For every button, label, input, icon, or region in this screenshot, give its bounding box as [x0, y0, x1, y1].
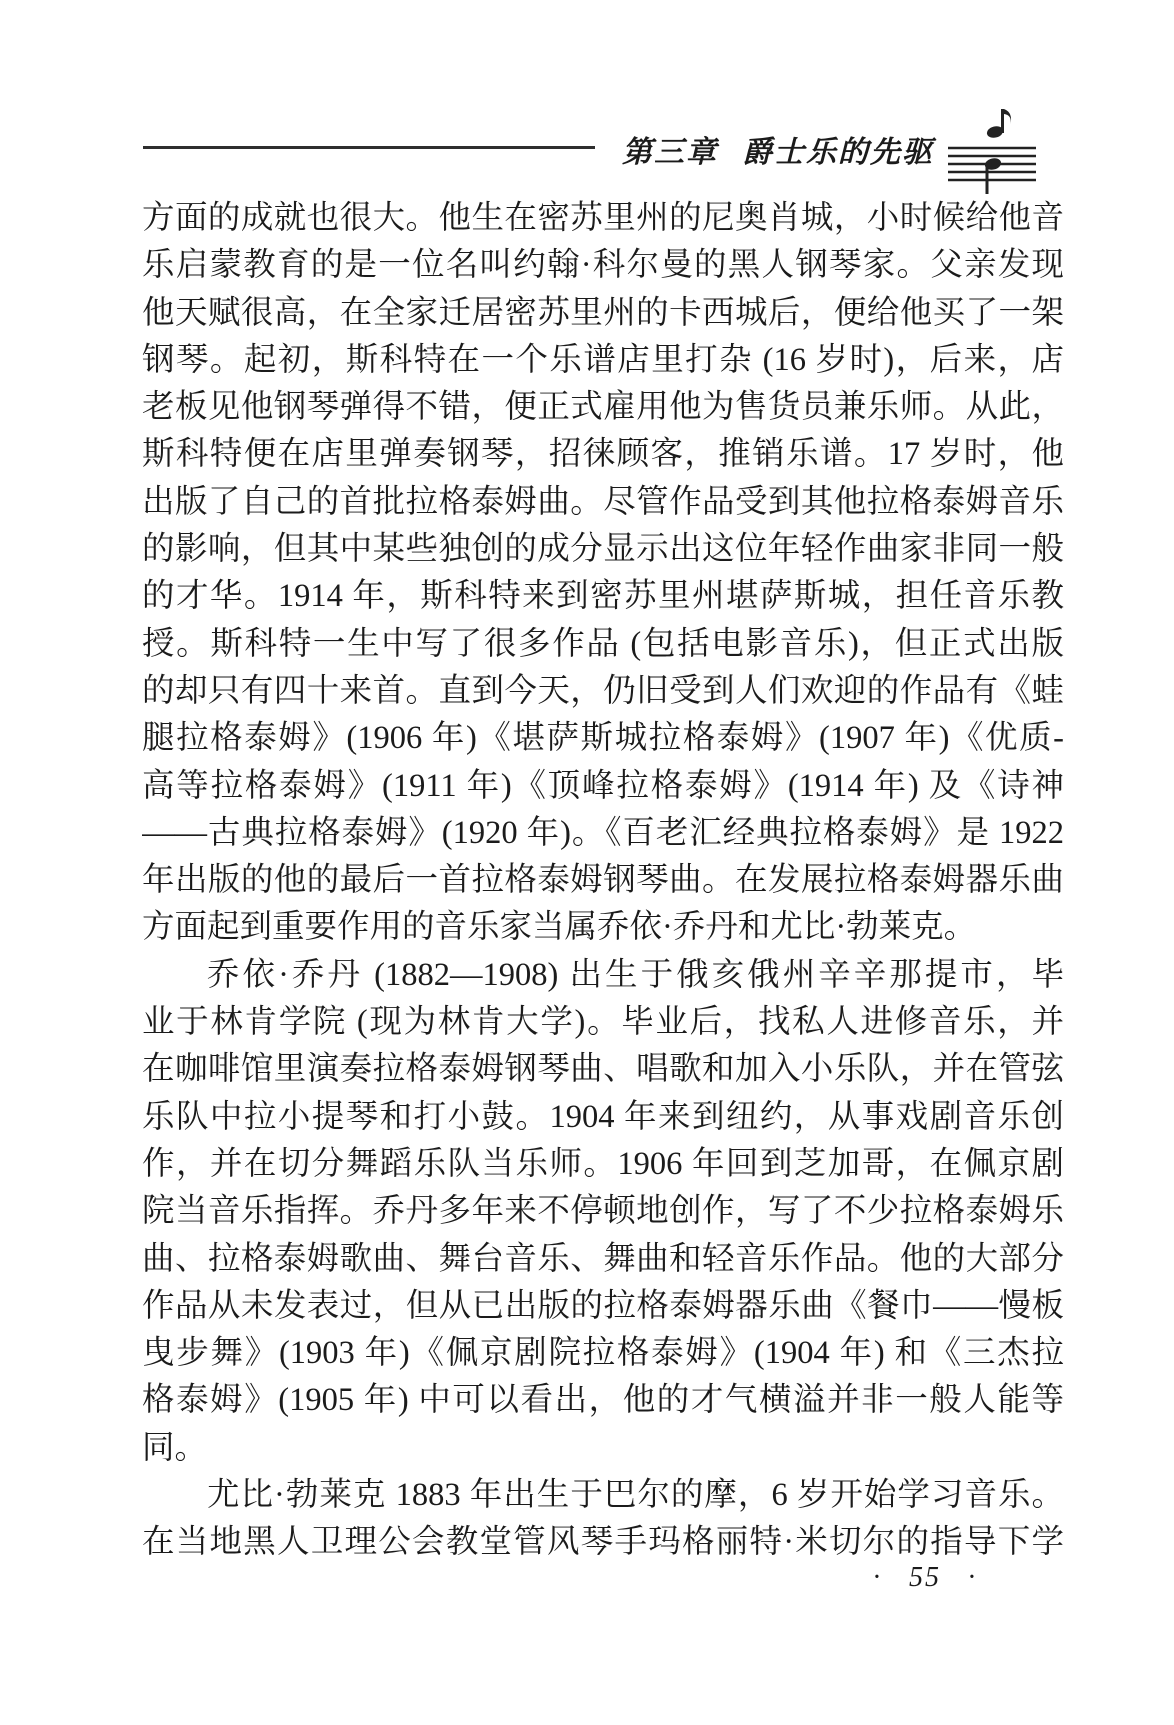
header-rule [143, 146, 595, 149]
text-line: 方面的成就也很大。他生在密苏里州的尼奥肖城，小时候给他音 [142, 195, 1064, 242]
text-line: 在咖啡馆里演奏拉格泰姆钢琴曲、唱歌和加入小乐队，并在管弦 [142, 1046, 1064, 1093]
text-line: 乐启蒙教育的是一位名叫约翰·科尔曼的黑人钢琴家。父亲发现 [142, 242, 1064, 289]
text-line: 钢琴。起初，斯科特在一个乐谱店里打杂 (16 岁时)，后来，店 [142, 337, 1064, 384]
body-text: 方面的成就也很大。他生在密苏里州的尼奥肖城，小时候给他音乐启蒙教育的是一位名叫约… [142, 195, 1064, 1567]
text-line: 作，并在切分舞蹈乐队当乐师。1906 年回到芝加哥，在佩京剧 [142, 1141, 1064, 1188]
chapter-label: 第三章 [622, 136, 718, 169]
text-line: 他天赋很高，在全家迁居密苏里州的卡西城后，便给他买了一架 [142, 290, 1064, 337]
text-line: 院当音乐指挥。乔丹多年来不停顿地创作，写了不少拉格泰姆乐 [142, 1188, 1064, 1235]
text-line: 的才华。1914 年，斯科特来到密苏里州堪萨斯城，担任音乐教 [142, 573, 1064, 620]
text-line: 出版了自己的首批拉格泰姆曲。尽管作品受到其他拉格泰姆音乐 [142, 479, 1064, 526]
music-staff-notes-icon [946, 102, 1038, 198]
text-line: 乔依·乔丹 (1882—1908) 出生于俄亥俄州辛辛那提市，毕 [142, 952, 1064, 999]
book-page: 第三章爵士乐的先驱 方面的成就也很大。他生在密苏里州的尼奥肖城，小时候给他音乐启… [0, 0, 1174, 1725]
text-line: 方面起到重要作用的音乐家当属乔依·乔丹和尤比·勃莱克。 [142, 904, 1064, 951]
text-line: 格泰姆》(1905 年) 中可以看出，他的才气横溢并非一般人能等 [142, 1377, 1064, 1424]
chapter-heading: 第三章爵士乐的先驱 [622, 127, 934, 171]
text-line: 老板见他钢琴弹得不错，便正式雇用他为售货员兼乐师。从此， [142, 384, 1064, 431]
text-line: 业于林肯学院 (现为林肯大学)。毕业后，找私人进修音乐，并 [142, 999, 1064, 1046]
text-line: 的却只有四十来首。直到今天，仍旧受到人们欢迎的作品有《蛙 [142, 668, 1064, 715]
text-line: ——古典拉格泰姆》(1920 年)。《百老汇经典拉格泰姆》是 1922 [142, 810, 1064, 857]
text-line: 高等拉格泰姆》(1911 年)《顶峰拉格泰姆》(1914 年) 及《诗神 [142, 763, 1064, 810]
text-line: 在当地黑人卫理公会教堂管风琴手玛格丽特·米切尔的指导下学 [142, 1519, 1064, 1566]
chapter-title: 爵士乐的先驱 [742, 136, 934, 169]
text-line: 曲、拉格泰姆歌曲、舞台音乐、舞曲和轻音乐作品。他的大部分 [142, 1236, 1064, 1283]
text-line: 同。 [142, 1425, 1064, 1472]
text-line: 作品从未发表过，但从已出版的拉格泰姆器乐曲《餐巾——慢板 [142, 1283, 1064, 1330]
text-line: 腿拉格泰姆》(1906 年)《堪萨斯城拉格泰姆》(1907 年)《优质- [142, 715, 1064, 762]
text-line: 尤比·勃莱克 1883 年出生于巴尔的摩，6 岁开始学习音乐。 [142, 1472, 1064, 1519]
text-line: 年出版的他的最后一首拉格泰姆钢琴曲。在发展拉格泰姆器乐曲 [142, 857, 1064, 904]
text-line: 曳步舞》(1903 年)《佩京剧院拉格泰姆》(1904 年) 和《三杰拉 [142, 1330, 1064, 1377]
text-line: 斯科特便在店里弹奏钢琴，招徕顾客，推销乐谱。17 岁时，他 [142, 431, 1064, 478]
text-line: 授。斯科特一生中写了很多作品 (包括电影音乐)，但正式出版 [142, 621, 1064, 668]
page-number: · 55 · [845, 1562, 1005, 1594]
text-line: 的影响，但其中某些独创的成分显示出这位年轻作曲家非同一般 [142, 526, 1064, 573]
text-line: 乐队中拉小提琴和打小鼓。1904 年来到纽约，从事戏剧音乐创 [142, 1094, 1064, 1141]
